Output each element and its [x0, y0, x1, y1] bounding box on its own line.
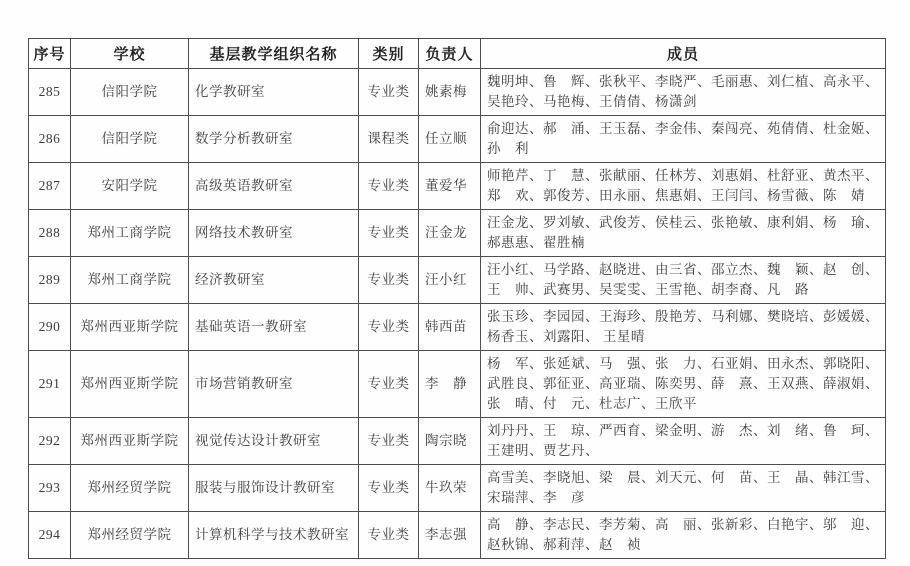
cell-school: 郑州工商学院 [71, 257, 189, 304]
cell-no: 290 [29, 304, 71, 351]
column-header-members: 成员 [481, 39, 886, 69]
cell-no: 294 [29, 512, 71, 559]
cell-no: 289 [29, 257, 71, 304]
table-row: 292 郑州西亚斯学院 视觉传达设计教研室 专业类 陶宗晓 刘丹丹、王 琼、严西… [29, 418, 886, 465]
cell-category: 专业类 [359, 351, 419, 418]
header-row: 序号 学校 基层教学组织名称 类别 负责人 成员 [29, 39, 886, 69]
cell-leader: 韩西苗 [419, 304, 481, 351]
cell-school: 郑州工商学院 [71, 210, 189, 257]
cell-category: 专业类 [359, 257, 419, 304]
cell-members: 俞迎达、郝 涌、王玉磊、李金伟、秦闯亮、苑倩倩、杜金姬、孙 利 [481, 116, 886, 163]
cell-org-name: 高级英语教研室 [189, 163, 359, 210]
cell-members: 汪金龙、罗刘敏、武俊芳、侯桂云、张艳敏、康利娟、杨 瑜、郝惠惠、翟胜楠 [481, 210, 886, 257]
column-header-org-name: 基层教学组织名称 [189, 39, 359, 69]
cell-no: 286 [29, 116, 71, 163]
cell-category: 专业类 [359, 418, 419, 465]
table-body: 285 信阳学院 化学教研室 专业类 姚素梅 魏明坤、鲁 辉、张秋平、李晓严、毛… [29, 69, 886, 559]
cell-leader: 汪小红 [419, 257, 481, 304]
cell-members: 张玉珍、李园园、王海珍、殷艳芳、马利娜、樊晓培、彭媛媛、杨香玉、刘露阳、 王星晴 [481, 304, 886, 351]
cell-no: 291 [29, 351, 71, 418]
column-header-leader: 负责人 [419, 39, 481, 69]
cell-members: 高雪美、李晓旭、梁 晨、刘天元、何 苗、王 晶、韩江雪、宋瑞萍、李 彦 [481, 465, 886, 512]
cell-school: 郑州经贸学院 [71, 512, 189, 559]
cell-members: 杨 军、张延斌、马 强、张 力、石亚娟、田永杰、郭晓阳、武胜良、郭征亚、高亚瑞、… [481, 351, 886, 418]
cell-leader: 任立顺 [419, 116, 481, 163]
cell-school: 安阳学院 [71, 163, 189, 210]
table-header: 序号 学校 基层教学组织名称 类别 负责人 成员 [29, 39, 886, 69]
cell-category: 专业类 [359, 512, 419, 559]
table-row: 285 信阳学院 化学教研室 专业类 姚素梅 魏明坤、鲁 辉、张秋平、李晓严、毛… [29, 69, 886, 116]
column-header-no: 序号 [29, 39, 71, 69]
cell-org-name: 数学分析教研室 [189, 116, 359, 163]
cell-leader: 董爱华 [419, 163, 481, 210]
cell-category: 专业类 [359, 304, 419, 351]
cell-org-name: 基础英语一教研室 [189, 304, 359, 351]
cell-members: 师艳芹、丁 慧、张献丽、任林芳、刘惠娟、杜舒亚、黄杰平、郑 欢、郭俊芳、田永丽、… [481, 163, 886, 210]
document-page: 序号 学校 基层教学组织名称 类别 负责人 成员 285 信阳学院 化学教研室 … [0, 0, 910, 566]
cell-org-name: 计算机科学与技术教研室 [189, 512, 359, 559]
cell-category: 专业类 [359, 163, 419, 210]
cell-org-name: 化学教研室 [189, 69, 359, 116]
cell-members: 汪小红、马学路、赵晓进、由三省、邵立杰、魏 颖、赵 创、王 帅、武赛男、吴雯雯、… [481, 257, 886, 304]
cell-category: 课程类 [359, 116, 419, 163]
cell-category: 专业类 [359, 69, 419, 116]
cell-org-name: 经济教研室 [189, 257, 359, 304]
cell-no: 287 [29, 163, 71, 210]
cell-no: 285 [29, 69, 71, 116]
cell-leader: 汪金龙 [419, 210, 481, 257]
cell-no: 292 [29, 418, 71, 465]
cell-members: 魏明坤、鲁 辉、张秋平、李晓严、毛丽惠、刘仁植、高永平、吴艳玲、马艳梅、王倩倩、… [481, 69, 886, 116]
cell-org-name: 服装与服饰设计教研室 [189, 465, 359, 512]
cell-org-name: 视觉传达设计教研室 [189, 418, 359, 465]
cell-school: 郑州西亚斯学院 [71, 304, 189, 351]
cell-school: 信阳学院 [71, 116, 189, 163]
cell-leader: 陶宗晓 [419, 418, 481, 465]
cell-org-name: 网络技术教研室 [189, 210, 359, 257]
table-row: 294 郑州经贸学院 计算机科学与技术教研室 专业类 李志强 高 静、李志民、李… [29, 512, 886, 559]
table-row: 287 安阳学院 高级英语教研室 专业类 董爱华 师艳芹、丁 慧、张献丽、任林芳… [29, 163, 886, 210]
column-header-category: 类别 [359, 39, 419, 69]
cell-no: 288 [29, 210, 71, 257]
cell-school: 信阳学院 [71, 69, 189, 116]
table-row: 290 郑州西亚斯学院 基础英语一教研室 专业类 韩西苗 张玉珍、李园园、王海珍… [29, 304, 886, 351]
table-row: 286 信阳学院 数学分析教研室 课程类 任立顺 俞迎达、郝 涌、王玉磊、李金伟… [29, 116, 886, 163]
cell-school: 郑州西亚斯学院 [71, 418, 189, 465]
teaching-orgs-table: 序号 学校 基层教学组织名称 类别 负责人 成员 285 信阳学院 化学教研室 … [28, 38, 886, 559]
table-row: 289 郑州工商学院 经济教研室 专业类 汪小红 汪小红、马学路、赵晓进、由三省… [29, 257, 886, 304]
cell-category: 专业类 [359, 465, 419, 512]
cell-leader: 李 静 [419, 351, 481, 418]
cell-school: 郑州西亚斯学院 [71, 351, 189, 418]
column-header-school: 学校 [71, 39, 189, 69]
table-row: 291 郑州西亚斯学院 市场营销教研室 专业类 李 静 杨 军、张延斌、马 强、… [29, 351, 886, 418]
cell-school: 郑州经贸学院 [71, 465, 189, 512]
cell-org-name: 市场营销教研室 [189, 351, 359, 418]
cell-leader: 姚素梅 [419, 69, 481, 116]
cell-leader: 李志强 [419, 512, 481, 559]
table-row: 293 郑州经贸学院 服装与服饰设计教研室 专业类 牛玖荣 高雪美、李晓旭、梁 … [29, 465, 886, 512]
table-row: 288 郑州工商学院 网络技术教研室 专业类 汪金龙 汪金龙、罗刘敏、武俊芳、侯… [29, 210, 886, 257]
cell-leader: 牛玖荣 [419, 465, 481, 512]
cell-category: 专业类 [359, 210, 419, 257]
cell-members: 刘丹丹、王 琼、严西育、梁金明、游 杰、刘 绪、鲁 珂、王建明、贾艺丹、 [481, 418, 886, 465]
cell-members: 高 静、李志民、李芳菊、高 丽、张新彩、白艳宇、邬 迎、赵秋锦、郝莉萍、赵 祯 [481, 512, 886, 559]
cell-no: 293 [29, 465, 71, 512]
